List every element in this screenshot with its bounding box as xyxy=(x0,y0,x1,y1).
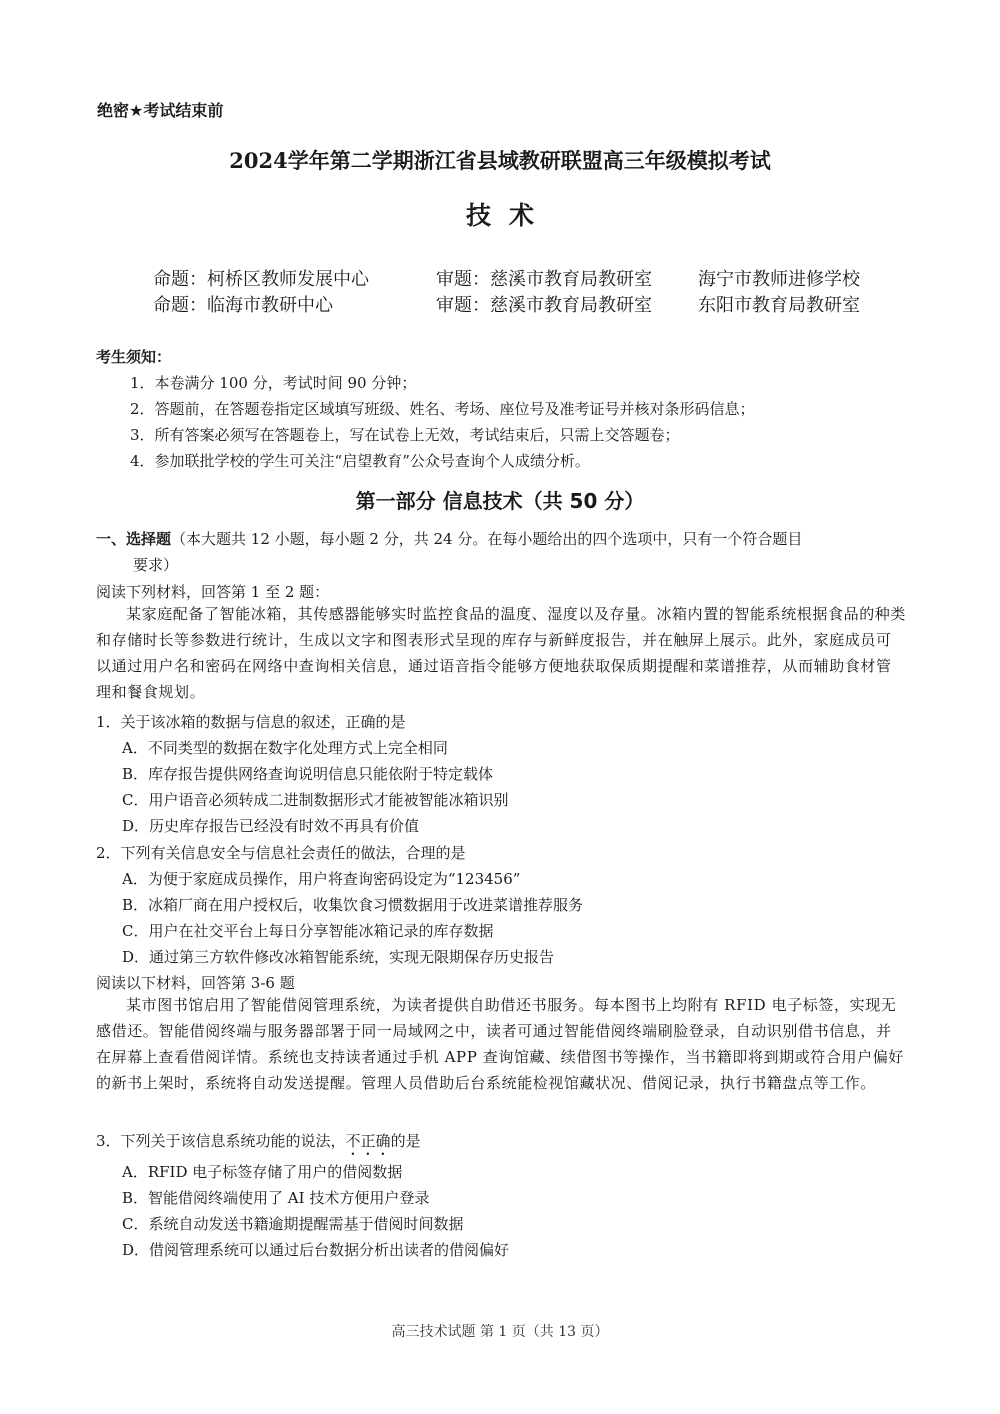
subject-title: 技术 xyxy=(0,196,1000,232)
section-desc-cont: 要求） xyxy=(133,554,178,575)
notice-item: 1．本卷满分 100 分，考试时间 90 分钟； xyxy=(130,372,416,393)
section-header: 一、选择题（本大题共 12 小题，每小题 2 分，共 24 分。在每小题给出的四… xyxy=(96,528,802,549)
question-3-option-d: D．借阅管理系统可以通过后台数据分析出读者的借阅偏好 xyxy=(122,1239,509,1260)
question-1-option-d: D．历史库存报告已经没有时效不再具有价值 xyxy=(122,815,419,836)
exam-title: 2024学年第二学期浙江省县域教研联盟高三年级模拟考试 xyxy=(0,145,1000,175)
credits-row-2: 命题：临海市教研中心 审题：慈溪市教育局教研室 东阳市教育局教研室 xyxy=(153,291,333,317)
stem-text: 的是 xyxy=(391,1132,421,1150)
author: 命题：柯桥区教师发展中心 xyxy=(153,269,369,290)
section-desc: （本大题共 12 小题，每小题 2 分，共 24 分。在每小题给出的四个选项中，… xyxy=(171,530,802,548)
question-3-stem: 3．下列关于该信息系统功能的说法，不正确的是 xyxy=(96,1130,421,1159)
part-title: 第一部分 信息技术（共 50 分） xyxy=(0,485,1000,514)
reviewer: 审题：慈溪市教育局教研室 xyxy=(436,265,652,291)
question-1-stem: 1．关于该冰箱的数据与信息的叙述，正确的是 xyxy=(96,711,406,732)
question-2-option-c: C．用户在社交平台上每日分享智能冰箱记录的库存数据 xyxy=(122,920,493,941)
question-2-option-b: B．冰箱厂商在用户授权后，收集饮食习惯数据用于改进菜谱推荐服务 xyxy=(122,894,583,915)
notice-item: 4．参加联批学校的学生可关注“启望教育”公众号查询个人成绩分析。 xyxy=(130,450,590,471)
credits-row-1: 命题：柯桥区教师发展中心 审题：慈溪市教育局教研室 海宁市教师进修学校 xyxy=(153,265,369,291)
reviewer-2: 海宁市教师进修学校 xyxy=(698,265,860,291)
notice-item: 2．答题前，在答题卷指定区域填写班级、姓名、考场、座位号及准考证号并核对条形码信… xyxy=(130,398,755,419)
question-3-option-c: C．系统自动发送书籍逾期提醒需基于借阅时间数据 xyxy=(122,1213,463,1234)
question-2-stem: 2．下列有关信息安全与信息社会责任的做法，合理的是 xyxy=(96,842,466,863)
emphasis-text: 不正确 xyxy=(346,1132,391,1150)
question-3-option-a: A．RFID 电子标签存储了用户的借阅数据 xyxy=(122,1161,402,1182)
reviewer: 审题：慈溪市教育局教研室 xyxy=(436,291,652,317)
question-1-option-a: A．不同类型的数据在数字化处理方式上完全相同 xyxy=(122,737,448,758)
notice-item: 3．所有答案必须写在答题卷上，写在试卷上无效，考试结束后，只需上交答题卷； xyxy=(130,424,680,445)
question-2-option-a: A．为便于家庭成员操作，用户将查询密码设定为“123456” xyxy=(122,868,520,889)
reviewer-2: 东阳市教育局教研室 xyxy=(698,291,860,317)
page-footer: 高三技术试题 第 1 页（共 13 页） xyxy=(0,1321,1000,1341)
stem-text: 3．下列关于该信息系统功能的说法， xyxy=(96,1132,346,1150)
section-prefix: 一、选择题 xyxy=(96,530,171,548)
notice-heading: 考生须知： xyxy=(96,346,171,367)
reading-intro-1: 阅读下列材料，回答第 1 至 2 题： xyxy=(96,581,329,602)
author: 命题：临海市教研中心 xyxy=(153,295,333,316)
confidential-label: 绝密★考试结束前 xyxy=(97,98,223,121)
question-2-option-d: D．通过第三方软件修改冰箱智能系统，实现无限期保存历史报告 xyxy=(122,946,554,967)
reading-passage-1: 某家庭配备了智能冰箱，其传感器能够实时监控食品的温度、湿度以及存量。冰箱内置的智… xyxy=(96,601,906,705)
question-1-option-b: B．库存报告提供网络查询说明信息只能依附于特定载体 xyxy=(122,763,493,784)
reading-intro-2: 阅读以下材料，回答第 3-6 题 xyxy=(96,972,295,993)
question-1-option-c: C．用户语音必须转成二进制数据形式才能被智能冰箱识别 xyxy=(122,789,508,810)
question-3-option-b: B．智能借阅终端使用了 AI 技术方便用户登录 xyxy=(122,1187,429,1208)
reading-passage-2: 某市图书馆启用了智能借阅管理系统，为读者提供自助借还书服务。每本图书上均附有 R… xyxy=(96,992,906,1096)
